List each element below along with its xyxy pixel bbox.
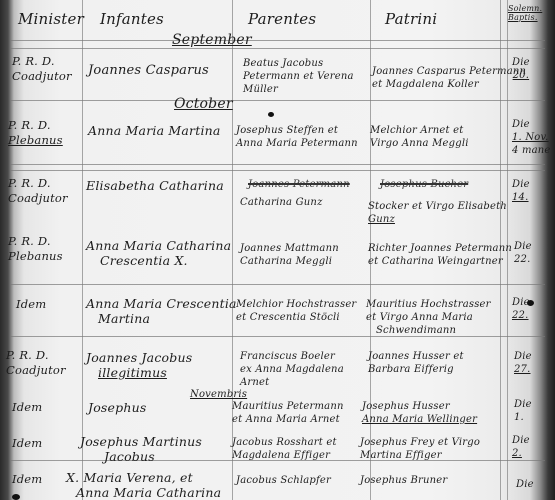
entry-date: Die22. [514, 240, 532, 266]
entry-parentes: Catharina Gunz [240, 196, 323, 209]
entry-minister: Idem [12, 436, 42, 451]
entry-minister: Idem [12, 472, 42, 487]
entry-patrini: Melchior Arnet etVirgo Anna Meggli [370, 124, 469, 150]
entry-date: Die27. [514, 350, 532, 376]
row-rule [10, 100, 545, 101]
entry-date: Die2. [512, 434, 530, 460]
column-rule [82, 0, 83, 500]
ink-blot [12, 494, 20, 500]
row-rule [10, 40, 545, 41]
header-minister: Minister [18, 10, 84, 28]
entry-patrini: Stocker et Virgo ElisabethGunz [368, 200, 507, 226]
entry-parentes: Jacobus Rosshart etMagdalena Effiger [232, 436, 337, 462]
header-patrini: Patrini [385, 10, 437, 28]
entry-infans: Josephus MartinusJacobus [80, 434, 202, 464]
month-heading: October [174, 96, 233, 112]
entry-date: Die [516, 478, 534, 491]
entry-minister: P. R. D.Coadjutor [8, 176, 68, 206]
entry-patrini-struck: Josephus Bucher [380, 178, 468, 191]
entry-infans: Josephus [88, 400, 146, 415]
entry-parentes: Franciscus Boelerex Anna MagdalenaArnet [240, 350, 344, 389]
entry-date: Die1. [514, 398, 532, 424]
entry-minister: P. R. D.Plebanus [8, 118, 63, 148]
row-rule [10, 170, 545, 171]
entry-date: Die14. [512, 178, 530, 204]
ink-blot [527, 300, 534, 306]
row-rule [10, 164, 545, 165]
entry-minister: P. R. D.Coadjutor [6, 348, 66, 378]
month-heading: September [172, 32, 252, 48]
entry-minister: Idem [12, 400, 42, 415]
header-parentes: Parentes [248, 10, 316, 28]
entry-patrini: Joannes Casparus Petermannet Magdalena K… [372, 65, 526, 91]
entry-infans: Anna Maria CatharinaCrescentia X. [86, 238, 231, 268]
entry-minister: P. R. D.Plebanus [8, 234, 63, 264]
entry-patrini: Josephus HusserAnna Maria Wellinger [362, 400, 477, 426]
ink-blot [268, 112, 274, 117]
entry-parentes: Joannes MattmannCatharina Meggli [240, 242, 339, 268]
entry-parentes: Josephus Steffen etAnna Maria Petermann [236, 124, 358, 150]
entry-infans: X. Maria Verena, etAnna Maria Catharina [66, 470, 221, 500]
entry-infans: Anna Maria Martina [88, 123, 221, 138]
entry-minister: Idem [16, 297, 46, 312]
entry-parentes-struck: Joannes Petermann [248, 178, 350, 191]
entry-parentes: Beatus JacobusPetermann et VerenaMüller [243, 57, 354, 96]
row-rule [10, 48, 545, 49]
entry-parentes: Melchior Hochstrasseret Crescentia Stöcl… [236, 298, 356, 324]
register-page: Minister Infantes Parentes Patrini Solem… [0, 0, 555, 500]
entry-patrini: Mauritius Hochstrasseret Virgo Anna Mari… [366, 298, 491, 337]
entry-minister: P. R. D.Coadjutor [12, 54, 72, 84]
entry-date: Die1. Nov.4 mane [512, 118, 551, 157]
entry-patrini: Joannes Husser etBarbara Eifferig [368, 350, 464, 376]
entry-infans: Anna Maria CrescentiaMartina [86, 296, 237, 326]
entry-patrini: Josephus Bruner [360, 474, 447, 487]
header-date: Solemn. Baptis. [508, 4, 546, 22]
entry-date: Die20. [512, 56, 530, 82]
entry-infans: Elisabetha Catharina [86, 178, 224, 193]
entry-parentes: Mauritius Petermannet Anna Maria Arnet [232, 400, 344, 426]
entry-patrini: Josephus Frey et VirgoMartina Effiger [360, 436, 480, 462]
row-rule [10, 284, 545, 285]
header-infantes: Infantes [100, 10, 164, 28]
entry-infans: Joannes Jacobusillegitimus [86, 350, 192, 380]
entry-patrini: Richter Joannes Petermannet Catharina We… [368, 242, 512, 268]
entry-parentes: Jacobus Schlapfer [236, 474, 331, 487]
entry-infans: Joannes Casparus [88, 63, 209, 78]
